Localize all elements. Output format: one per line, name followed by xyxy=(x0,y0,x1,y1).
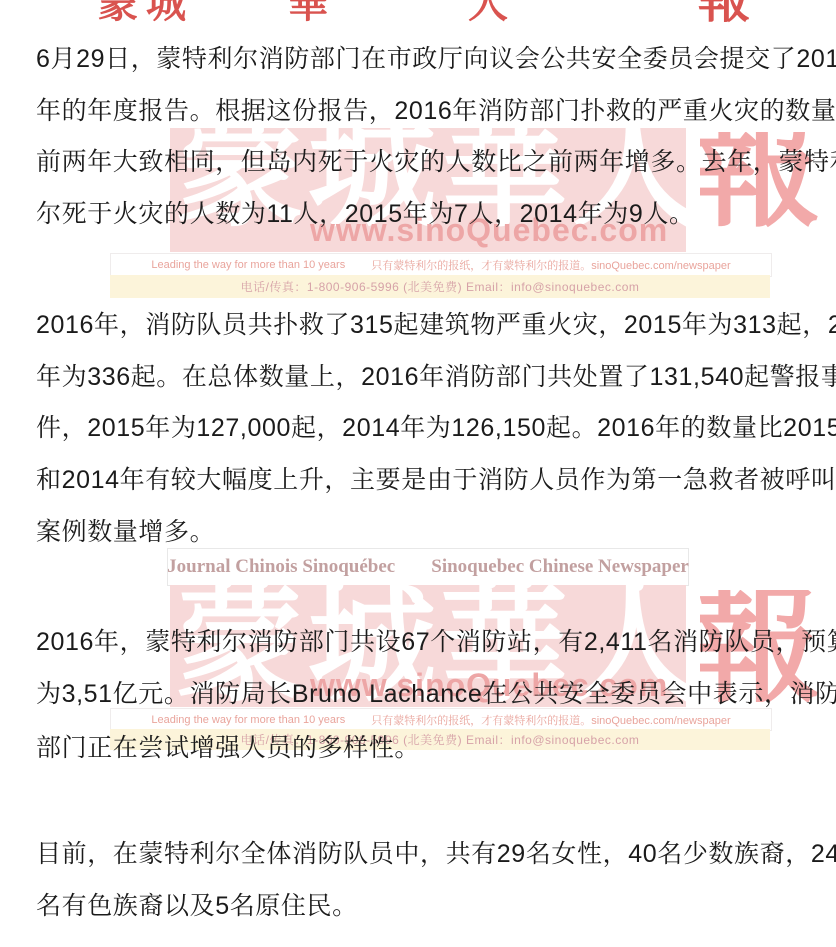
paragraph-4-line: 目前，在蒙特利尔全体消防队员中，共有29名女性，40名少数族裔，24 xyxy=(36,839,836,869)
paragraph-1-line: 6月29日，蒙特利尔消防部门在市政厅向议会公共安全委员会提交了2016 xyxy=(36,44,836,74)
newspaper-contact-strip: 电话/传真：1-800-906-5996 (北美免费) Email：info@s… xyxy=(110,275,770,298)
journal-title-french: Journal Chinois Sinoquébec xyxy=(167,556,395,578)
paragraph-3-line: 为3,51亿元。消防局长Bruno Lachance在公共安全委员会中表示，消防 xyxy=(36,679,836,709)
paragraph-2-line: 和2014年有较大幅度上升，主要是由于消防人员作为第一急救者被呼叫的 xyxy=(36,465,836,495)
paragraph-3-line: 2016年，蒙特利尔消防部门共设67个消防站，有2,411名消防队员，预算 xyxy=(36,627,836,657)
watermark-fragment: 蒙城 xyxy=(98,0,194,24)
paragraph-2-line: 年为336起。在总体数量上，2016年消防部门共处置了131,540起警报事 xyxy=(36,362,836,392)
article-page: 蒙城 華 人 報 蒙城華人 www.sinoQuebec.com 報 Leadi… xyxy=(0,0,836,947)
newspaper-slogan-strip: Leading the way for more than 10 years 只… xyxy=(110,253,772,277)
slogan-chinese: 只有蒙特利尔的报纸，才有蒙特利尔的报道。sinoQuebec.com/newsp… xyxy=(371,712,730,728)
paragraph-3-line: 部门正在尝试增强人员的多样性。 xyxy=(36,733,420,763)
paragraph-1-line: 年的年度报告。根据这份报告，2016年消防部门扑救的严重火灾的数量与 xyxy=(36,96,836,126)
paragraph-4-line: 名有色族裔以及5名原住民。 xyxy=(36,891,358,921)
slogan-chinese: 只有蒙特利尔的报纸，才有蒙特利尔的报道。sinoQuebec.com/newsp… xyxy=(371,257,730,273)
watermark-fragment: 華 xyxy=(288,0,328,24)
paragraph-1-line: 尔死于火灾的人数为11人，2015年为7人，2014年为9人。 xyxy=(36,199,695,229)
top-watermark-fragments: 蒙城 華 人 報 xyxy=(0,0,836,26)
paragraph-1-line: 前两年大致相同，但岛内死于火灾的人数比之前两年增多。去年，蒙特利 xyxy=(36,147,836,177)
journal-title-english: Sinoquebec Chinese Newspaper xyxy=(431,556,689,578)
paragraph-2-line: 件，2015年为127,000起，2014年为126,150起。2016年的数量… xyxy=(36,413,836,443)
paragraph-2-line: 2016年，消防队员共扑救了315起建筑物严重火灾，2015年为313起，201… xyxy=(36,310,836,340)
journal-title-strip: Journal Chinois Sinoquébec Sinoquebec Ch… xyxy=(167,548,689,586)
slogan-english: Leading the way for more than 10 years xyxy=(151,259,345,271)
slogan-english: Leading the way for more than 10 years xyxy=(151,714,345,726)
newspaper-slogan-strip: Leading the way for more than 10 years 只… xyxy=(110,708,772,731)
paragraph-2-line: 案例数量增多。 xyxy=(36,517,215,547)
watermark-fragment: 人 xyxy=(468,0,508,24)
watermark-fragment: 報 xyxy=(698,0,750,26)
